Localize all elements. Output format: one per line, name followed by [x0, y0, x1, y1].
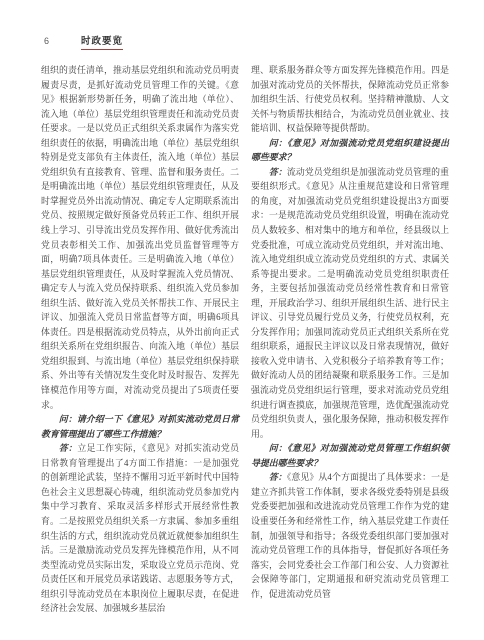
answer-lead: 答：: [269, 167, 287, 177]
question-paragraph: 问：《意见》对加强流动党员管理工作组织领导提出哪些要求？: [251, 441, 449, 470]
answer-lead: 答：: [59, 443, 78, 453]
column-left: 组织的责任清单，推动基层党组织和流动党员明责履责尽责，是抓好流动党员管理工作的关…: [41, 63, 239, 616]
section-title: 时政要览: [81, 33, 123, 50]
page-number: 6: [44, 36, 49, 46]
question-paragraph: 问：请介绍一下《意见》对抓实流动党员日常教育管理提出了哪些工作措施？: [41, 412, 239, 441]
body-paragraph: 理、联系服务群众等方面发挥先锋模范作用。四是加强对流动党员的关怀帮扶，保障流动党…: [251, 63, 449, 136]
answer-paragraph: 答：《意见》从4个方面提出了具体要求：一是建立齐抓共管工作体制，要求各级党委特别…: [251, 470, 449, 601]
answer-paragraph: 答：流动党员党组织是加强流动党员管理的重要组织形式。《意见》从注重规范建设和日常…: [251, 165, 449, 441]
answer-lead: 答：: [269, 472, 287, 482]
question-paragraph: 问：《意见》对加强流动党员党组织建设提出哪些要求？: [251, 136, 449, 165]
article-body: 组织的责任清单，推动基层党组织和流动党员明责履责尽责，是抓好流动党员管理工作的关…: [41, 63, 449, 616]
magazine-page: 6 时政要览 组织的责任清单，推动基层党组织和流动党员明责履责尽责，是抓好流动党…: [0, 0, 484, 640]
body-paragraph: 组织的责任清单，推动基层党组织和流动党员明责履责尽责，是抓好流动党员管理工作的关…: [41, 63, 239, 412]
page-header: 6 时政要览: [44, 33, 123, 50]
answer-paragraph: 答：立足工作实际，《意见》对抓实流动党员日常教育管理提出了4方面工作措施：一是加…: [41, 441, 239, 616]
column-right: 理、联系服务群众等方面发挥先锋模范作用。四是加强对流动党员的关怀帮扶，保障流动党…: [251, 63, 449, 616]
